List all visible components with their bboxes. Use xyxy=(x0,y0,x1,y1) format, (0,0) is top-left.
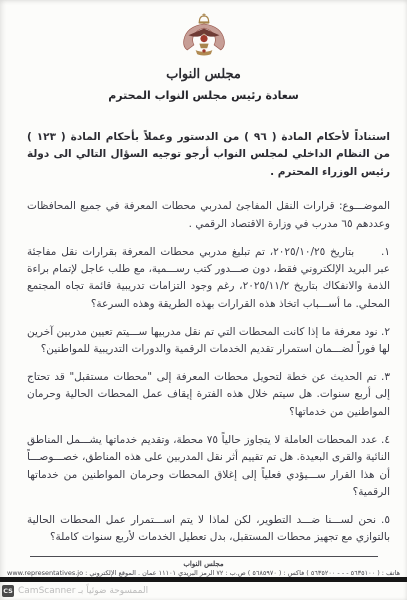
question-number: ٢. xyxy=(381,324,390,341)
footer-contact-line: هاتف : ( ٥٦٣٥١٠٠ - - - ٥٦٣٥٢٠٠ ) فاكس : … xyxy=(0,569,407,577)
legal-basis-paragraph: استناداً لأحكام المادة ( ٩٦ ) من الدستور… xyxy=(27,129,390,181)
question-number: ٤. xyxy=(381,432,390,449)
letter-body: استناداً لأحكام المادة ( ٩٦ ) من الدستور… xyxy=(0,129,407,547)
subject-text: قرارات النقل المفاجئ لمدربي محطات المعرف… xyxy=(27,200,390,229)
question-text: عدد المحطات العاملة لا يتجاوز حالياً ٧٥ … xyxy=(27,434,390,498)
question-item: ٢. نود معرفة ما إذا كانت المحطات التي تم… xyxy=(27,324,390,359)
question-item: ٣. تم الحديث عن خطة لتحويل محطات المعرفة… xyxy=(27,369,390,421)
camscanner-watermark: CS الممسوحة ضوئياً بـ CamScanner xyxy=(0,582,407,600)
question-text: تم الحديث عن خطة لتحويل محطات المعرفة إل… xyxy=(27,371,390,418)
camscanner-watermark-text: الممسوحة ضوئياً بـ CamScanner xyxy=(18,586,148,596)
letterhead-footer: مجلس النواب هاتف : ( ٥٦٣٥١٠٠ - - - ٥٦٣٥٢… xyxy=(0,556,407,577)
footer-divider xyxy=(30,556,378,557)
jordan-coat-of-arms-icon xyxy=(177,13,231,60)
camscanner-logo-icon: CS xyxy=(2,585,14,597)
question-number: ٥. xyxy=(381,512,390,529)
question-text: نحن لســـنا ضـــد التطوير، لكن لماذا لا … xyxy=(27,514,390,543)
footer-calligraphy-mark: مجلس النواب xyxy=(0,559,407,568)
questions-list: ١. بتاريخ ٢٠٢٥/١٠/٢٥، تم تبليغ مدربي محط… xyxy=(27,244,390,547)
subject-line: الموضـــوع: قرارات النقل المفاجئ لمدربي … xyxy=(27,198,390,233)
question-text: نود معرفة ما إذا كانت المحطات التي تم نق… xyxy=(27,326,390,355)
question-item: ١. بتاريخ ٢٠٢٥/١٠/٢٥، تم تبليغ مدربي محط… xyxy=(27,244,390,314)
question-item: ٤. عدد المحطات العاملة لا يتجاوز حالياً … xyxy=(27,432,390,502)
subject-label: الموضـــوع: xyxy=(339,200,390,212)
salutation-title: سعادة رئيس مجلس النواب المحترم xyxy=(0,89,407,102)
question-text: بتاريخ ٢٠٢٥/١٠/٢٥، تم تبليغ مدربي محطات … xyxy=(27,246,390,310)
question-number: ٣. xyxy=(381,369,390,386)
council-calligraphy-logo: مجلس النواب xyxy=(0,67,407,82)
scanned-letter-page: مجلس النواب سعادة رئيس مجلس النواب المحت… xyxy=(0,0,407,600)
question-item: ٥. نحن لســـنا ضـــد التطوير، لكن لماذا … xyxy=(27,512,390,547)
letterhead: مجلس النواب سعادة رئيس مجلس النواب المحت… xyxy=(0,0,407,102)
question-number: ١. xyxy=(381,244,390,261)
